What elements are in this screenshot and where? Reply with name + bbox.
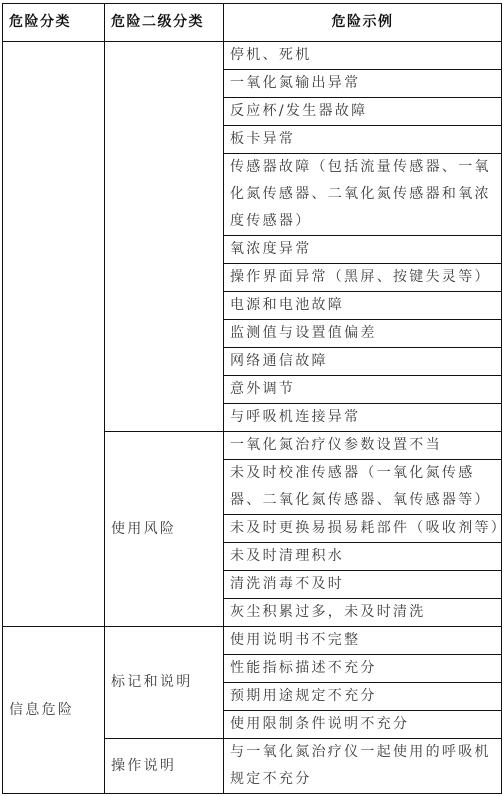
table-row: 停机、死机 — [3, 42, 502, 70]
category-cell — [3, 42, 105, 627]
header-category: 危险分类 — [3, 4, 105, 42]
example-cell: 板卡异常 — [224, 126, 502, 154]
example-cell: 未及时更换易损易耗部件（吸收剂等） — [224, 515, 502, 543]
example-cell: 灰尘积累过多，未及时清洗 — [224, 599, 502, 627]
subcategory-cell: 标记和说明 — [105, 627, 224, 739]
example-cell: 停机、死机 — [224, 42, 502, 70]
example-cell: 传感器故障（包括流量传感器、一氧化氮传感器、二氧化氮传感器和氧浓度传感器） — [224, 154, 502, 236]
example-cell: 网络通信故障 — [224, 348, 502, 376]
subcategory-cell — [105, 42, 224, 432]
table-row: 信息危险 标记和说明 使用说明书不完整 — [3, 627, 502, 655]
example-cell: 电源和电池故障 — [224, 292, 502, 320]
example-cell: 清洗消毒不及时 — [224, 571, 502, 599]
example-cell: 氧浓度异常 — [224, 236, 502, 264]
hazard-table: 危险分类 危险二级分类 危险示例 停机、死机 一氧化氮输出异常 反应杯/发生器故… — [2, 3, 502, 794]
subcategory-cell: 使用风险 — [105, 432, 224, 627]
example-cell: 未及时清理积水 — [224, 543, 502, 571]
example-cell: 与呼吸机连接异常 — [224, 404, 502, 432]
header-row: 危险分类 危险二级分类 危险示例 — [3, 4, 502, 42]
example-cell: 一氧化氮输出异常 — [224, 70, 502, 98]
category-cell: 信息危险 — [3, 627, 105, 794]
example-cell: 性能指标描述不充分 — [224, 655, 502, 683]
example-cell: 反应杯/发生器故障 — [224, 98, 502, 126]
example-cell: 预期用途规定不充分 — [224, 683, 502, 711]
example-cell: 使用说明书不完整 — [224, 627, 502, 655]
header-example: 危险示例 — [224, 4, 502, 42]
header-subcategory: 危险二级分类 — [105, 4, 224, 42]
example-cell: 一氧化氮治疗仪参数设置不当 — [224, 432, 502, 460]
example-cell: 使用限制条件说明不充分 — [224, 711, 502, 739]
example-cell: 监测值与设置值偏差 — [224, 320, 502, 348]
example-cell: 与一氧化氮治疗仪一起使用的呼吸机规定不充分 — [224, 739, 502, 794]
example-cell: 意外调节 — [224, 376, 502, 404]
example-cell: 未及时校准传感器（一氧化氮传感器、二氧化氮传感器、氧传感器等） — [224, 460, 502, 515]
example-cell: 操作界面异常（黑屏、按键失灵等） — [224, 264, 502, 292]
subcategory-cell: 操作说明 — [105, 739, 224, 794]
